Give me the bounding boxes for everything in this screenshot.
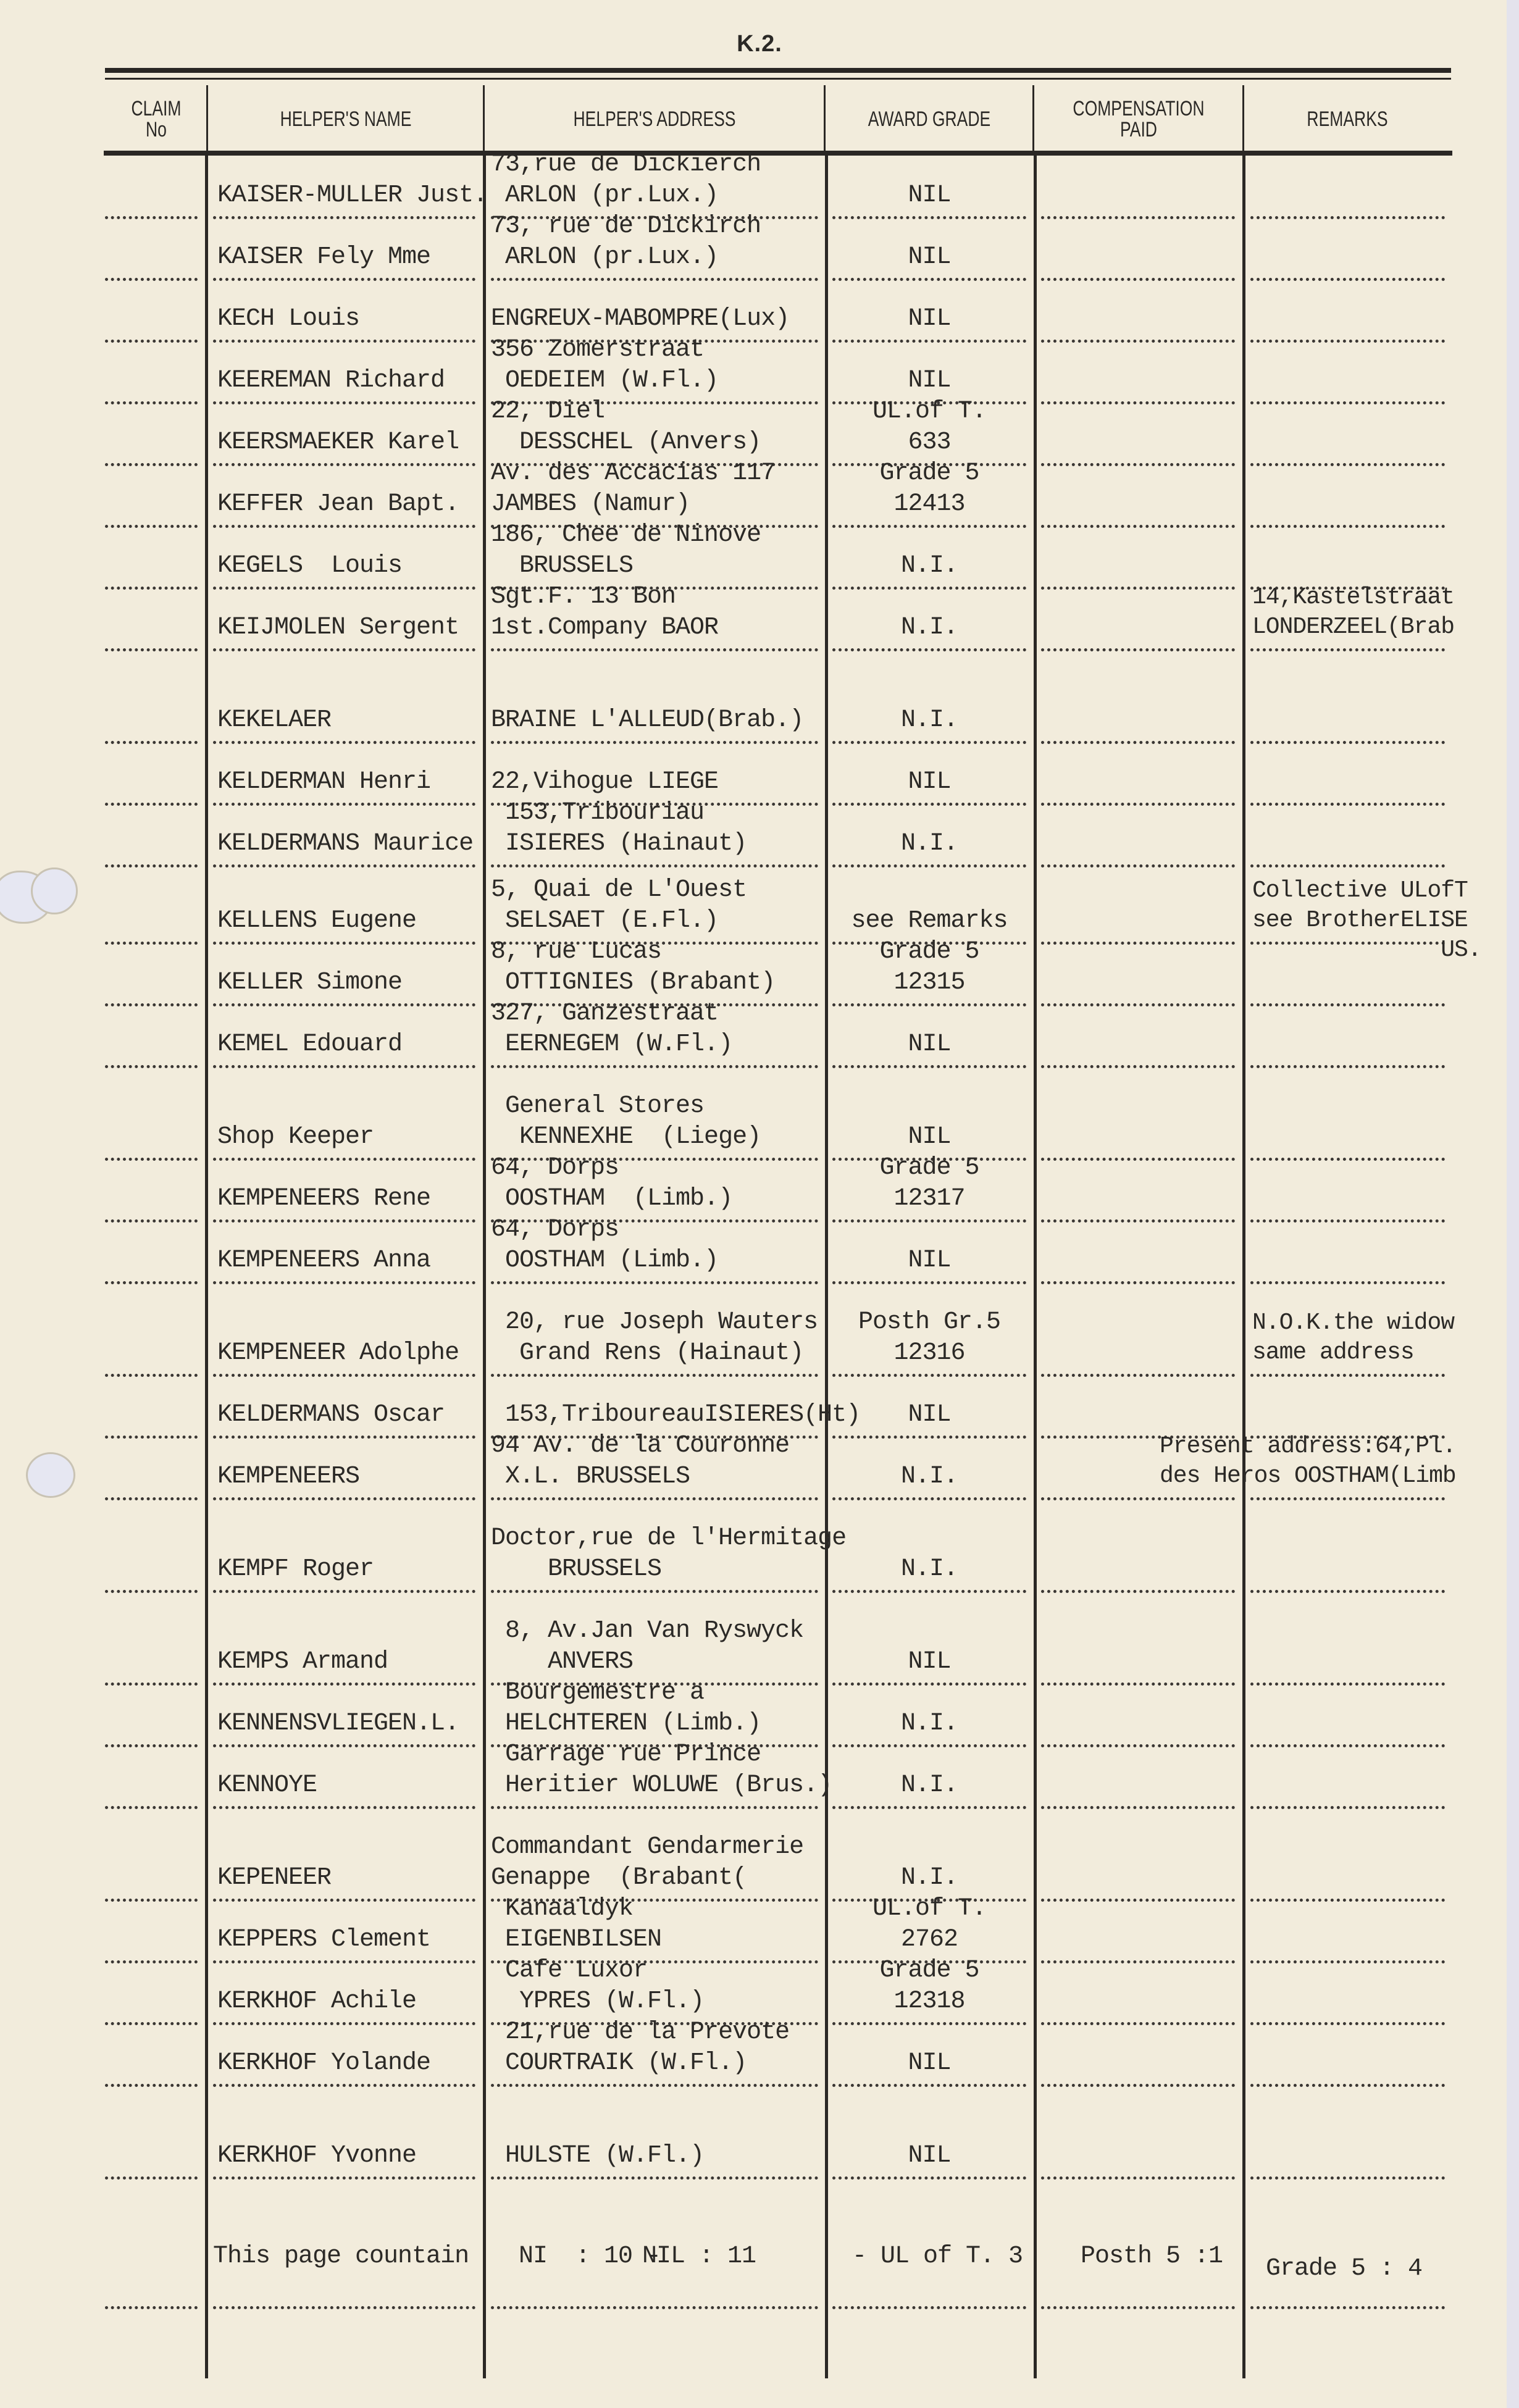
helper-address-line: ARLON (pr.Lux.)	[491, 180, 718, 211]
helper-address-line: ISIERES (Hainaut)	[491, 829, 747, 859]
row-separator	[1250, 2306, 1445, 2309]
award-grade: Grade 5	[834, 1153, 1025, 1184]
award-grade: NIL	[834, 1400, 1025, 1431]
row-separator	[105, 587, 198, 590]
helper-address-line: 327, Ganzestraat	[491, 998, 718, 1029]
row-separator	[105, 2084, 198, 2087]
row-separator	[1250, 278, 1445, 281]
row-separator	[1041, 216, 1235, 219]
award-grade: N.I.	[834, 1554, 1025, 1585]
row-separator	[491, 1374, 818, 1377]
helper-address-line: 8, rue Lucas	[491, 937, 661, 968]
remarks-line: Present address:64,Pl.	[1160, 1432, 1456, 1461]
row-separator	[105, 648, 198, 651]
row-separator	[213, 216, 475, 219]
summary-posth-count: Posth 5 :1	[1081, 2241, 1223, 2272]
column-divider-compensation	[1034, 156, 1037, 2378]
row-separator	[105, 1744, 198, 1747]
row-separator	[832, 1744, 1026, 1747]
row-separator	[1250, 1158, 1445, 1161]
row-separator	[1250, 1590, 1445, 1593]
helper-address-line: KENNEXHE (Liege)	[491, 1122, 761, 1153]
row-separator	[832, 2176, 1026, 2180]
row-separator	[213, 1065, 475, 1068]
helper-address-line: 64, Dorps	[491, 1214, 619, 1245]
helper-address-line: Kanaaldyk	[491, 1894, 633, 1925]
row-separator	[832, 1590, 1026, 1593]
award-grade: NIL	[834, 1029, 1025, 1060]
row-separator	[105, 1158, 198, 1161]
helper-address-line: 22,Vihogue LIEGE	[491, 767, 718, 798]
row-separator	[105, 1219, 198, 1223]
helper-name: KEMPENEER Adolphe	[217, 1338, 459, 1369]
col-header-helper-address: HELPER'S ADDRESS	[522, 86, 788, 151]
helper-name: KERKHOF Yolande	[217, 2048, 430, 2079]
row-separator	[1250, 1281, 1445, 1284]
col-header-claim-no: CLAIM No	[116, 86, 196, 151]
row-separator	[491, 741, 818, 744]
summary-ul-count: - UL of T. 3	[852, 2241, 1023, 2272]
row-separator	[832, 1497, 1026, 1500]
award-grade: 12315	[834, 968, 1025, 998]
award-grade: NIL	[834, 366, 1025, 396]
row-separator	[1250, 525, 1445, 528]
col-header-compensation-paid: COMPENSATION PAID	[1057, 86, 1220, 151]
helper-name: KEPPERS Clement	[217, 1925, 430, 1955]
helper-name: KELLENS Eugene	[217, 906, 416, 937]
row-separator	[832, 803, 1026, 806]
helper-name: KEFFER Jean Bapt.	[217, 489, 459, 520]
row-separator	[1250, 1219, 1445, 1223]
remarks-line: US.	[1252, 935, 1481, 965]
helper-address-line: SELSAET (E.Fl.)	[491, 906, 718, 937]
award-grade: N.I.	[834, 551, 1025, 582]
row-separator	[1250, 463, 1445, 466]
row-separator	[213, 648, 475, 651]
helper-name: KELLER Simone	[217, 968, 402, 998]
helper-address-line: Bourgemestre a	[491, 1678, 704, 1708]
row-separator	[1250, 2022, 1445, 2025]
row-separator	[213, 340, 475, 343]
award-grade: NIL	[834, 1245, 1025, 1276]
helper-address-line: ARLON (pr.Lux.)	[491, 242, 718, 273]
helper-name: KENNOYE	[217, 1770, 317, 1801]
remarks-line: 14,Kastelstraat	[1252, 583, 1454, 612]
helper-address-line: 153,Tribouriau	[491, 798, 704, 829]
award-grade: N.I.	[834, 1770, 1025, 1801]
row-separator	[1041, 1065, 1235, 1068]
award-grade: 12318	[834, 1986, 1025, 2017]
row-separator	[832, 216, 1026, 219]
row-separator	[105, 1065, 198, 1068]
helper-address-line: 64, Dorps	[491, 1153, 619, 1184]
award-grade: NIL	[834, 242, 1025, 273]
row-separator	[832, 1806, 1026, 1809]
row-separator	[491, 648, 818, 651]
helper-address-line: BRUSSELS	[491, 1554, 661, 1585]
helper-address-line: ENGREUX-MABOMPRE(Lux)	[491, 304, 789, 335]
award-grade: N.I.	[834, 1708, 1025, 1739]
helper-address-line: OEDEIEM (W.Fl.)	[491, 366, 718, 396]
helper-name: KEMPS Armand	[217, 1647, 388, 1678]
row-separator	[491, 864, 818, 867]
award-grade: NIL	[834, 180, 1025, 211]
row-separator	[213, 525, 475, 528]
row-separator	[213, 1899, 475, 1902]
row-separator	[105, 401, 198, 404]
row-separator	[1041, 401, 1235, 404]
helper-address-line: 22, Diel	[491, 396, 605, 427]
award-grade: N.I.	[834, 705, 1025, 736]
row-separator	[832, 1003, 1026, 1006]
helper-address-line: 186, Chee de Ninove	[491, 520, 761, 551]
row-separator	[1041, 1497, 1235, 1500]
row-separator	[491, 2306, 818, 2309]
helper-address-line: Cafe Luxor	[491, 1955, 647, 1986]
row-separator	[213, 1590, 475, 1593]
remarks-line: Collective ULofT	[1252, 876, 1468, 906]
award-grade: 2762	[834, 1925, 1025, 1955]
row-separator	[105, 2022, 198, 2025]
document-page: K.2. CLAIM No HELPER'S NAME HELPER'S ADD…	[0, 0, 1507, 2408]
row-separator	[832, 2306, 1026, 2309]
row-separator	[213, 2022, 475, 2025]
helper-name: KEMPF Roger	[217, 1554, 374, 1585]
helper-name: KAISER Fely Mme	[217, 242, 430, 273]
row-separator	[1041, 1590, 1235, 1593]
helper-name: KEKELAER	[217, 705, 331, 736]
row-separator	[1250, 1806, 1445, 1809]
helper-address-line: 356 Zomerstraat	[491, 335, 704, 366]
column-divider-award	[825, 156, 828, 2378]
helper-address-line: Grand Rens (Hainaut)	[491, 1338, 803, 1369]
helper-name: KELDERMANS Maurice	[217, 829, 473, 859]
award-grade: see Remarks	[834, 906, 1025, 937]
row-separator	[1250, 864, 1445, 867]
row-separator	[105, 1374, 198, 1377]
row-separator	[213, 803, 475, 806]
helper-address-line: OOSTHAM (Limb.)	[491, 1184, 732, 1214]
row-separator	[1041, 1960, 1235, 1963]
col-header-award-grade: AWARD GRADE	[848, 86, 1011, 151]
award-grade: N.I.	[834, 829, 1025, 859]
punch-hole-bottom	[26, 1452, 75, 1498]
helper-name: KECH Louis	[217, 304, 359, 335]
award-grade: N.I.	[834, 612, 1025, 643]
row-separator	[1250, 1065, 1445, 1068]
row-separator	[832, 525, 1026, 528]
award-grade: Grade 5	[834, 458, 1025, 489]
helper-address-line: Garrage rue Prince	[491, 1739, 761, 1770]
helper-address-line: OTTIGNIES (Brabant)	[491, 968, 775, 998]
row-separator	[105, 741, 198, 744]
helper-name: KAISER-MULLER Just.	[217, 180, 487, 211]
row-separator	[1041, 942, 1235, 945]
row-separator	[1041, 1219, 1235, 1223]
award-grade: NIL	[834, 304, 1025, 335]
row-separator	[1041, 278, 1235, 281]
helper-name: KEMPENEERS Rene	[217, 1184, 430, 1214]
remarks-line: LONDERZEEL(Brab	[1252, 612, 1454, 642]
row-separator	[1041, 1003, 1235, 1006]
row-separator	[1041, 2176, 1235, 2180]
col-header-helper-name: HELPER'S NAME	[238, 86, 453, 151]
row-separator	[832, 2084, 1026, 2087]
row-separator	[832, 1219, 1026, 1223]
row-separator	[1250, 2084, 1445, 2087]
col-header-remarks: REMARKS	[1266, 86, 1428, 151]
award-grade: N.I.	[834, 1461, 1025, 1492]
summary-nil-count: NIL : 11	[642, 2241, 756, 2272]
row-separator	[491, 1281, 818, 1284]
award-grade: N.I.	[834, 1863, 1025, 1894]
row-separator	[832, 1281, 1026, 1284]
row-separator	[213, 1960, 475, 1963]
helper-name: Shop Keeper	[217, 1122, 374, 1153]
row-separator	[105, 2176, 198, 2180]
row-separator	[213, 1806, 475, 1809]
row-separator	[1041, 463, 1235, 466]
helper-name: KERKHOF Achile	[217, 1986, 416, 2017]
helper-name: KEMEL Edouard	[217, 1029, 402, 1060]
helper-name: KEPENEER	[217, 1863, 331, 1894]
award-grade: NIL	[834, 767, 1025, 798]
row-separator	[1041, 1374, 1235, 1377]
helper-address-line: YPRES (W.Fl.)	[491, 1986, 704, 2017]
header-divider	[483, 85, 485, 152]
row-separator	[832, 278, 1026, 281]
row-separator	[213, 1497, 475, 1500]
row-separator	[213, 2176, 475, 2180]
row-separator	[1250, 340, 1445, 343]
helper-name: KEEREMAN Richard	[217, 366, 445, 396]
helper-address-line: Sgt.F. 13 Bon	[491, 582, 676, 612]
helper-address-line: General Stores	[491, 1091, 704, 1122]
row-separator	[213, 864, 475, 867]
award-grade: 12413	[834, 489, 1025, 520]
row-separator	[213, 1744, 475, 1747]
award-grade: UL.of T.	[834, 1894, 1025, 1925]
header-divider	[206, 85, 208, 152]
row-separator	[1250, 803, 1445, 806]
row-separator	[213, 942, 475, 945]
helper-address-line: Commandant Gendarmerie	[491, 1832, 803, 1863]
row-separator	[105, 942, 198, 945]
helper-name: KEIJMOLEN Sergent	[217, 612, 459, 643]
helper-address-line: Heritier WOLUWE (Brus.)	[491, 1770, 832, 1801]
row-separator	[213, 1683, 475, 1686]
helper-address-line: 5, Quai de L'Ouest	[491, 875, 747, 906]
helper-name: KELDERMANS Oscar	[217, 1400, 445, 1431]
row-separator	[213, 1219, 475, 1223]
header-top-rule	[105, 68, 1451, 73]
column-divider-remarks	[1242, 156, 1245, 2378]
helper-name: KEERSMAEKER Karel	[217, 427, 459, 458]
row-separator	[832, 340, 1026, 343]
row-separator	[1250, 216, 1445, 219]
row-separator	[105, 2306, 198, 2309]
row-separator	[1041, 741, 1235, 744]
row-separator	[105, 463, 198, 466]
row-separator	[1041, 1744, 1235, 1747]
row-separator	[832, 2022, 1026, 2025]
award-grade: Posth Gr.5	[834, 1307, 1025, 1338]
helper-address-line: 1st.Company BAOR	[491, 612, 718, 643]
row-separator	[105, 1281, 198, 1284]
row-separator	[105, 216, 198, 219]
row-separator	[1041, 2022, 1235, 2025]
row-separator	[105, 864, 198, 867]
punch-hole-top-2	[31, 867, 78, 914]
row-separator	[213, 2084, 475, 2087]
row-separator	[1250, 648, 1445, 651]
row-separator	[1041, 648, 1235, 651]
row-separator	[832, 1436, 1026, 1439]
row-separator	[491, 2176, 818, 2180]
row-separator	[1041, 1683, 1235, 1686]
row-separator	[213, 1158, 475, 1161]
row-separator	[105, 1497, 198, 1500]
row-separator	[1250, 1744, 1445, 1747]
award-grade: 12317	[834, 1184, 1025, 1214]
header-divider	[1242, 85, 1244, 152]
helper-address-line: Av. des Accacias 117	[491, 458, 775, 489]
row-separator	[1250, 401, 1445, 404]
row-separator	[1041, 803, 1235, 806]
row-separator	[105, 525, 198, 528]
row-separator	[1041, 525, 1235, 528]
award-grade: UL.of T.	[834, 396, 1025, 427]
helper-address-line: HELCHTEREN (Limb.)	[491, 1708, 761, 1739]
scan-edge	[1507, 0, 1519, 2408]
row-separator	[1041, 2084, 1235, 2087]
row-separator	[491, 2084, 818, 2087]
helper-address-line: 8, Av.Jan Van Ryswyck	[491, 1616, 803, 1647]
header-divider	[824, 85, 826, 152]
row-separator	[213, 2306, 475, 2309]
helper-address-line: Doctor,rue de l'Hermitage	[491, 1523, 846, 1554]
row-separator	[1250, 1899, 1445, 1902]
helper-address-line: 20, rue Joseph Wauters	[491, 1307, 818, 1338]
helper-name: KEGELS Louis	[217, 551, 402, 582]
row-separator	[105, 1899, 198, 1902]
helper-address-line: 153,TriboureauISIERES(Ht)	[491, 1400, 860, 1431]
helper-address-line: 94 Av. de la Couronne	[491, 1431, 789, 1461]
row-separator	[213, 741, 475, 744]
row-separator	[832, 864, 1026, 867]
award-grade: 12316	[834, 1338, 1025, 1369]
row-separator	[1250, 1683, 1445, 1686]
row-separator	[1041, 2306, 1235, 2309]
row-separator	[832, 1065, 1026, 1068]
row-separator	[1041, 1806, 1235, 1809]
row-separator	[1041, 864, 1235, 867]
award-grade: Grade 5	[834, 1955, 1025, 1986]
award-grade: NIL	[834, 2048, 1025, 2079]
helper-address-line: 73,rue de Dickierch	[491, 149, 761, 180]
row-separator	[1250, 1960, 1445, 1963]
column-divider-address	[483, 156, 486, 2378]
row-separator	[832, 587, 1026, 590]
row-separator	[213, 1281, 475, 1284]
row-separator	[1041, 1158, 1235, 1161]
row-separator	[1041, 1281, 1235, 1284]
row-separator	[105, 1960, 198, 1963]
remarks-line: same address	[1252, 1338, 1414, 1368]
row-separator	[213, 1374, 475, 1377]
helper-address-line: BRUSSELS	[491, 551, 633, 582]
row-separator	[491, 1590, 818, 1593]
helper-name: KELDERMAN Henri	[217, 767, 430, 798]
row-separator	[105, 278, 198, 281]
award-grade: NIL	[834, 1647, 1025, 1678]
row-separator	[105, 1806, 198, 1809]
helper-address-line: BRAINE L'ALLEUD(Brab.)	[491, 705, 803, 736]
remarks-line: N.O.K.the widow	[1252, 1308, 1454, 1338]
helper-name: KEMPENEERS Anna	[217, 1245, 430, 1276]
row-separator	[105, 1683, 198, 1686]
row-separator	[1250, 1003, 1445, 1006]
row-separator	[1250, 1374, 1445, 1377]
helper-address-line: COURTRAIK (W.Fl.)	[491, 2048, 747, 2079]
row-separator	[491, 1806, 818, 1809]
summary-grade5-count: Grade 5 : 4	[1266, 2254, 1422, 2285]
helper-name: KEMPENEERS	[217, 1461, 359, 1492]
header-second-rule	[105, 78, 1451, 80]
row-separator	[832, 648, 1026, 651]
row-separator	[832, 1683, 1026, 1686]
helper-name: KERKHOF Yvonne	[217, 2141, 416, 2172]
helper-address-line: 73, rue de Dickirch	[491, 211, 761, 242]
helper-address-line: OOSTHAM (Limb.)	[491, 1245, 718, 1276]
helper-name: KENNENSVLIEGEN.L.	[217, 1708, 459, 1739]
row-separator	[213, 278, 475, 281]
row-separator	[213, 1436, 475, 1439]
row-separator	[1250, 741, 1445, 744]
page-title: K.2.	[679, 31, 840, 57]
helper-address-line: DESSCHEL (Anvers)	[491, 427, 761, 458]
row-separator	[1041, 1899, 1235, 1902]
remarks-line: des Heros OOSTHAM(Limb	[1160, 1461, 1456, 1491]
helper-address-line: ANVERS	[491, 1647, 633, 1678]
row-separator	[1041, 587, 1235, 590]
row-separator	[213, 401, 475, 404]
row-separator	[832, 1374, 1026, 1377]
row-separator	[213, 463, 475, 466]
helper-address-line: EERNEGEM (W.Fl.)	[491, 1029, 732, 1060]
row-separator	[105, 1436, 198, 1439]
row-separator	[213, 1003, 475, 1006]
award-grade: Grade 5	[834, 937, 1025, 968]
header-divider	[1032, 85, 1034, 152]
row-separator	[832, 741, 1026, 744]
helper-address-line: JAMBES (Namur)	[491, 489, 690, 520]
summary-label: This page countain	[213, 2241, 469, 2272]
helper-address-line: Genappe (Brabant(	[491, 1863, 747, 1894]
helper-address-line: X.L. BRUSSELS	[491, 1461, 690, 1492]
helper-address-line: 21,rue de la Prevote	[491, 2017, 789, 2048]
header-bottom-rule	[104, 151, 1452, 156]
summary-ni-count: NI : 10 -	[519, 2241, 661, 2272]
row-separator	[491, 278, 818, 281]
column-divider-name	[205, 156, 208, 2378]
row-separator	[105, 1590, 198, 1593]
row-separator	[105, 340, 198, 343]
row-separator	[105, 1003, 198, 1006]
award-grade: NIL	[834, 1122, 1025, 1153]
row-separator	[1250, 1497, 1445, 1500]
row-separator	[105, 803, 198, 806]
